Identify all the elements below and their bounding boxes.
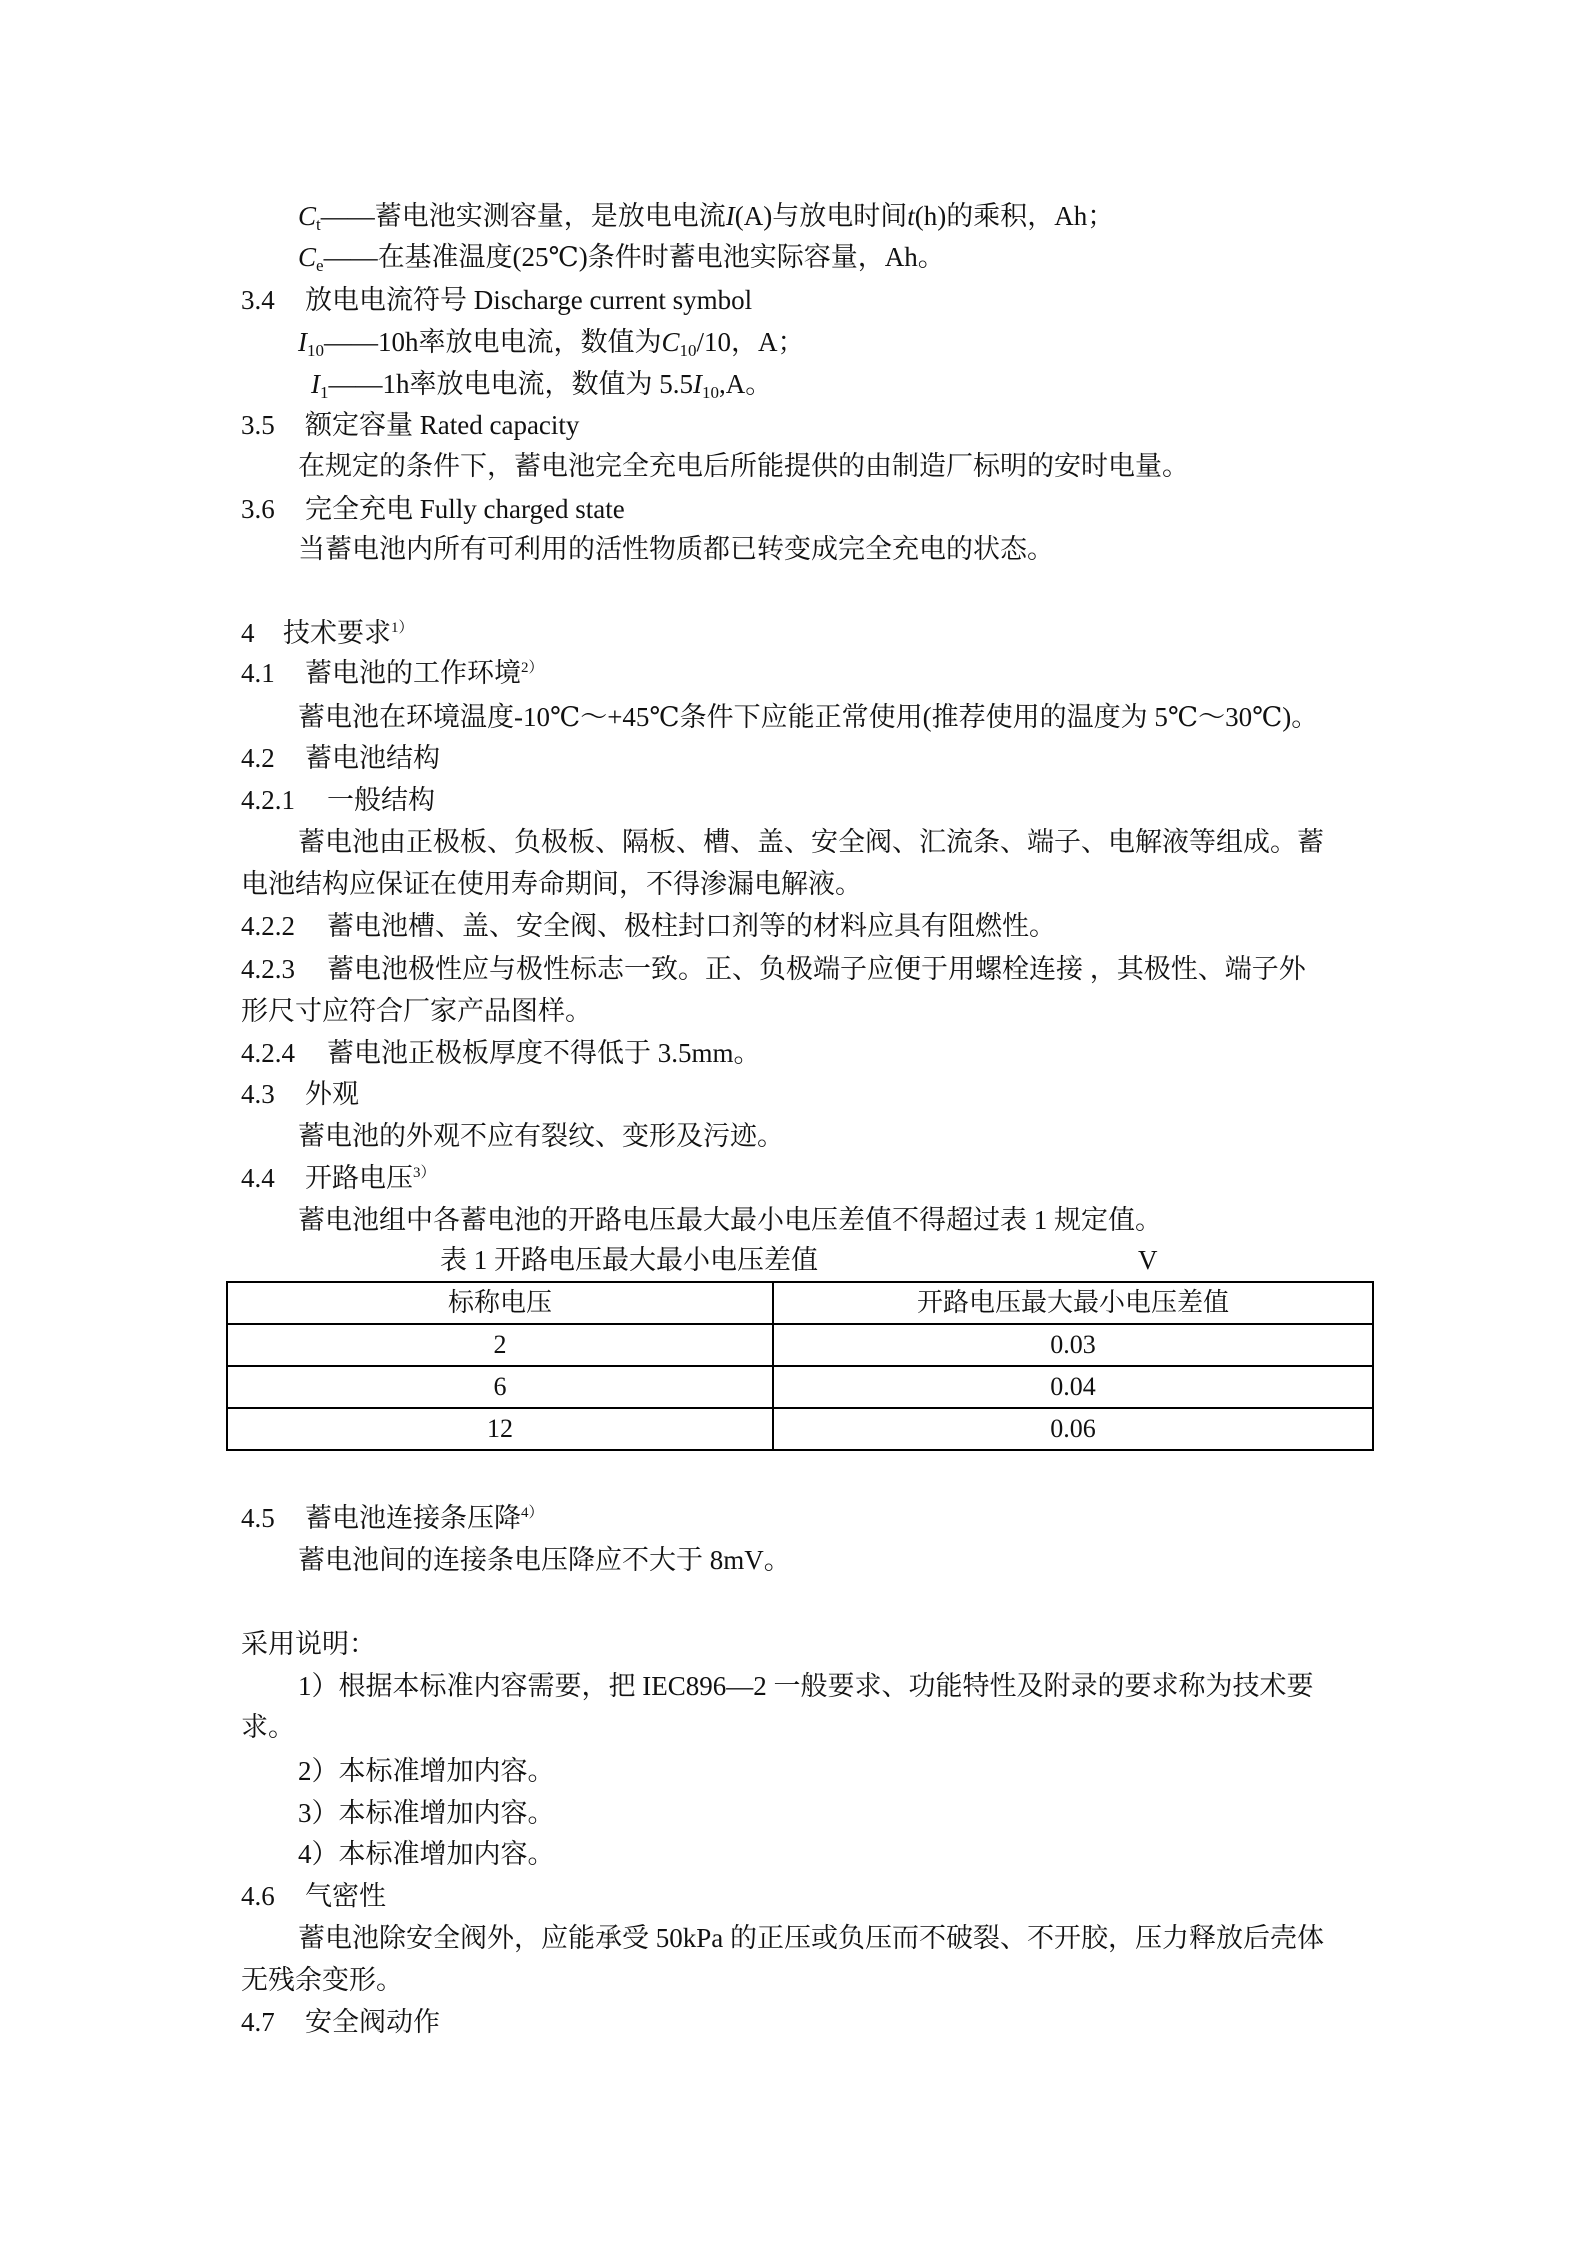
footnote-ref: 3）	[413, 1165, 436, 1181]
section-4-3-heading: 4.3外观	[241, 1077, 359, 1111]
section-3-5-heading: 3.5额定容量 Rated capacity	[241, 408, 579, 442]
section-4-6-body-line1: 蓄电池除安全阀外，应能承受 50kPa 的正压或负压而不破裂、不开胶，压力释放后…	[298, 1921, 1324, 1955]
section-4-6-heading: 4.6气密性	[241, 1879, 386, 1913]
section-4-2-heading: 4.2蓄电池结构	[241, 741, 440, 775]
adoption-note-1-cont: 求。	[241, 1710, 295, 1744]
section-4-2-4: 4.2.4蓄电池正极板厚度不得低于 3.5mm。	[241, 1036, 761, 1070]
table-row: 12 0.06	[227, 1408, 1373, 1450]
footnote-ref: 4）	[521, 1505, 544, 1521]
adoption-note-2: 2）本标准增加内容。	[298, 1754, 555, 1788]
column-header: 开路电压最大最小电压差值	[773, 1282, 1373, 1324]
section-4-7-heading: 4.7安全阀动作	[241, 2005, 440, 2039]
adoption-note-4: 4）本标准增加内容。	[298, 1837, 555, 1871]
section-4-2-1-body-line2: 电池结构应保证在使用寿命期间，不得渗漏电解液。	[241, 867, 862, 901]
section-4-2-2: 4.2.2蓄电池槽、盖、安全阀、极柱封口剂等的材料应具有阻燃性。	[241, 909, 1056, 943]
table-cell: 0.03	[773, 1324, 1373, 1366]
section-4-5-heading: 4.5蓄电池连接条压降4）	[241, 1501, 544, 1535]
adoption-note-1: 1）根据本标准内容需要，把 IEC896—2 一般要求、功能特性及附录的要求称为…	[298, 1669, 1314, 1703]
definition-ce: Ce——在基准温度(25℃)条件时蓄电池实际容量，Ah。	[298, 240, 945, 274]
section-4-5-body: 蓄电池间的连接条电压降应不大于 8mV。	[298, 1543, 791, 1577]
footnote-ref: 1）	[391, 620, 414, 636]
footnote-ref: 2）	[521, 660, 544, 676]
section-4-6-body-line2: 无残余变形。	[241, 1963, 403, 1997]
section-4-4-body: 蓄电池组中各蓄电池的开路电压最大最小电压差值不得超过表 1 规定值。	[298, 1203, 1162, 1237]
section-4-2-3-cont: 形尺寸应符合厂家产品图样。	[241, 994, 592, 1028]
definition-ct: Ct——蓄电池实测容量，是放电电流I(A)与放电时间t(h)的乘积，Ah；	[298, 199, 1114, 233]
section-4-2-1-heading: 4.2.1一般结构	[241, 783, 435, 817]
table-cell: 0.06	[773, 1408, 1373, 1450]
section-4-2-1-body-line1: 蓄电池由正极板、负极板、隔板、槽、盖、安全阀、汇流条、端子、电解液等组成。蓄	[298, 825, 1324, 859]
table-row: 6 0.04	[227, 1366, 1373, 1408]
voltage-difference-table: 标称电压 开路电压最大最小电压差值 2 0.03 6 0.04 12 0.06	[226, 1281, 1374, 1451]
section-4-1-body: 蓄电池在环境温度-10℃～+45℃条件下应能正常使用(推荐使用的温度为 5℃～3…	[298, 700, 1318, 734]
table-cell: 12	[227, 1408, 773, 1450]
table-header-row: 标称电压 开路电压最大最小电压差值	[227, 1282, 1373, 1324]
adoption-notes-title: 采用说明：	[241, 1627, 376, 1661]
table-cell: 2	[227, 1324, 773, 1366]
definition-i1: I1——1h率放电电流，数值为 5.5I10,A。	[311, 367, 772, 401]
column-header: 标称电压	[227, 1282, 773, 1324]
section-4-3-body: 蓄电池的外观不应有裂纹、变形及污迹。	[298, 1119, 784, 1153]
section-3-6-heading: 3.6完全充电 Fully charged state	[241, 492, 625, 526]
section-3-6-body: 当蓄电池内所有可利用的活性物质都已转变成完全充电的状态。	[298, 532, 1054, 566]
table-unit: V	[1138, 1243, 1158, 1277]
table-cell: 6	[227, 1366, 773, 1408]
section-4-2-3: 4.2.3蓄电池极性应与极性标志一致。正、负极端子应便于用螺栓连接 ，其极性、端…	[241, 952, 1306, 986]
table-cell: 0.04	[773, 1366, 1373, 1408]
adoption-note-3: 3）本标准增加内容。	[298, 1796, 555, 1830]
table-row: 2 0.03	[227, 1324, 1373, 1366]
section-4-heading: 4技术要求1）	[241, 616, 414, 650]
table-caption: 表 1 开路电压最大最小电压差值	[440, 1243, 818, 1277]
definition-i10: I10——10h率放电电流，数值为C10/10，A；	[298, 325, 805, 359]
section-3-5-body: 在规定的条件下，蓄电池完全充电后所能提供的由制造厂标明的安时电量。	[298, 449, 1189, 483]
section-4-4-heading: 4.4开路电压3）	[241, 1161, 436, 1195]
section-3-4-heading: 3.4放电电流符号 Discharge current symbol	[241, 283, 752, 317]
section-4-1-heading: 4.1蓄电池的工作环境2）	[241, 656, 544, 690]
